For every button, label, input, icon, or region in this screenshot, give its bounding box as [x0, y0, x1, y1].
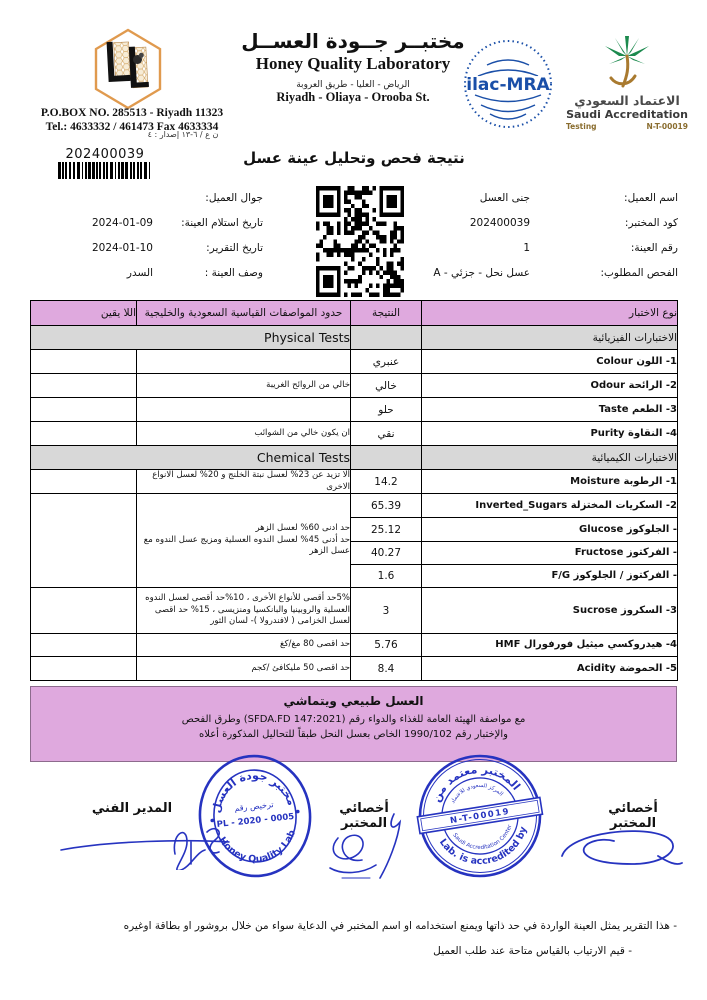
table-cell: 1- اللون Colour: [422, 350, 678, 374]
table-cell: [137, 350, 351, 374]
table-row: الاختبارات الفيزيائيةPhysical Tests: [31, 326, 678, 350]
table-cell: [31, 470, 137, 494]
svg-text:Honey Quality Lab: Honey Quality Lab: [216, 827, 301, 869]
table-cell: الاختبارات الكيميائية: [422, 446, 678, 470]
client-info-row: رقم العينة:1: [382, 235, 678, 260]
conclusion-line2: مع مواصفة الهيئة العامة للغذاء والدواء ر…: [31, 714, 676, 725]
table-cell: 1.6: [351, 565, 422, 588]
lab-title-block: مختبــر جــودة العســل Honey Quality Lab…: [226, 28, 480, 105]
table-cell: الاختبارات الفيزيائية: [422, 326, 678, 350]
table-cell: حدود المواصفات القياسية السعودية والخليج…: [137, 301, 351, 326]
table-row: 5- الحموضة Acidity8.4حد اقصى 50 مليكافئ …: [31, 657, 678, 681]
client-info-row: كود المختبر:202400039: [382, 210, 678, 235]
table-cell: حد اقصى 50 مليكافئ /كجم: [137, 657, 351, 681]
saudi-accreditation-english: Saudi Accreditation: [563, 108, 691, 121]
table-row: 4- هيدروكسي ميثيل فورفورال HMF5.76حد اقص…: [31, 634, 678, 657]
report-title: نتيجة فحص وتحليل عينة عسل: [204, 149, 504, 167]
table-row: 2- الرائحة Odourخاليخالي من الروائح الغر…: [31, 374, 678, 398]
qr-code-icon: [316, 186, 404, 297]
client-field-label: وصف العينة :: [163, 267, 263, 279]
saudi-accreditation-block: الاعتماد السعودي Saudi Accreditation Tes…: [563, 34, 691, 131]
saudi-accreditation-emblem-icon: [595, 34, 659, 92]
client-info-left: جوال العميل:تاريخ استلام العينة:2024-01-…: [85, 185, 263, 285]
footer-note: - قيم الارتياب بالقياس متاحة عند طلب الع…: [30, 939, 677, 964]
client-field-value: 2024-01-10: [85, 242, 163, 254]
client-field-label: رقم العينة:: [560, 242, 678, 254]
table-cell: 5%حد أقصى للأنواع الأخرى ، 10%حد أقصى لع…: [137, 588, 351, 634]
table-cell: 4- النقاوة Purity: [422, 422, 678, 446]
table-cell: خالي: [351, 374, 422, 398]
stamp1-center-line1: ترخيص رقم: [234, 800, 274, 813]
table-cell: 4- هيدروكسي ميثيل فورفورال HMF: [422, 634, 678, 657]
table-cell: [31, 398, 137, 422]
client-field-label: كود المختبر:: [560, 217, 678, 229]
table-cell: اللا يقين: [31, 301, 137, 326]
lab-specialist-signature-2: [548, 822, 686, 882]
table-cell: 2- السكريات المختزلة Inverted_Sugars: [422, 494, 678, 518]
lab-hexagon-logo-icon: [88, 27, 168, 111]
ilac-mra-label: ilac-MRA: [466, 75, 550, 95]
saudi-testing-label: Testing: [566, 122, 597, 131]
client-field-label: تاريخ التقرير:: [163, 242, 263, 254]
client-info-row: تاريخ التقرير:2024-01-10: [85, 235, 263, 260]
table-cell: 3: [351, 588, 422, 634]
table-cell: [31, 494, 137, 588]
table-cell: حلو: [351, 398, 422, 422]
table-cell: 3- الطعم Taste: [422, 398, 678, 422]
client-info-row: جوال العميل:: [85, 185, 263, 210]
barcode-icon: [58, 162, 152, 179]
table-cell: - الفركتوز Fructose: [422, 542, 678, 565]
honey-quality-lab-stamp: مختبر جودة العسل ترخيص رقم PL - 2020 - 0…: [191, 748, 319, 883]
client-info-right: اسم العميل:جنى العسلكود المختبر:20240003…: [382, 185, 678, 285]
table-row: نوع الاختبارالنتيجةحدود المواصفات القياس…: [31, 301, 678, 326]
client-field-label: تاريخ استلام العينة:: [163, 217, 263, 229]
table-cell: - الفركتوز / الجلوكوز F/G: [422, 565, 678, 588]
table-cell: 3- السكروز Sucrose: [422, 588, 678, 634]
footer-note: - هذا التقرير يمثل العينة الواردة في حد …: [30, 914, 677, 939]
table-cell: [31, 588, 137, 634]
issue-note: ن ع / ٦-١٣ إصدار : ٤: [98, 130, 268, 139]
table-cell: نقي: [351, 422, 422, 446]
table-cell: خالي من الروائح الغريبة: [137, 374, 351, 398]
table-cell: 40.27: [351, 542, 422, 565]
ilac-mra-logo-icon: ilac-MRA: [462, 38, 555, 131]
client-field-label: الفحص المطلوب:: [560, 267, 678, 279]
table-cell: - الجلوكوز Glucose: [422, 518, 678, 542]
table-row: 3- الطعم Tasteحلو: [31, 398, 678, 422]
table-row: 1- اللون Colourعنبري: [31, 350, 678, 374]
lab-name-arabic: مختبــر جــودة العســل: [226, 28, 480, 54]
barcode-number: 202400039: [55, 147, 155, 162]
saudi-accreditation-arabic: الاعتماد السعودي: [563, 94, 691, 108]
footer-notes: - هذا التقرير يمثل العينة الواردة في حد …: [30, 914, 677, 964]
conclusion-line1: العسل طبيعي ويتماشي: [31, 694, 676, 708]
client-field-value: 2024-01-09: [85, 217, 163, 229]
table-cell: [351, 446, 422, 470]
table-cell: 2- الرائحة Odour: [422, 374, 678, 398]
results-table: نوع الاختبارالنتيجةحدود المواصفات القياس…: [30, 300, 678, 681]
table-cell: [31, 634, 137, 657]
client-field-label: جوال العميل:: [163, 192, 263, 204]
client-info-row: تاريخ استلام العينة:2024-01-09: [85, 210, 263, 235]
saudi-accreditation-stamp: المختبر معتمد من المركز السعودي للاعتماد…: [407, 742, 554, 890]
lab-address-arabic: الرياض - العليا - طريق العروبة: [226, 80, 480, 90]
table-cell: [31, 422, 137, 446]
saudi-accreditation-meta: Testing N-T-00019: [563, 121, 691, 131]
conclusion-line3: والإختبار رقم 1990/102 الخاص بعسل النحل …: [31, 729, 676, 740]
table-cell: النتيجة: [351, 301, 422, 326]
table-cell: ان يكون خالي من الشوائب: [137, 422, 351, 446]
table-cell: ألا تزيد عن 23% لعسل نبتة الخلنج و 20% ل…: [137, 470, 351, 494]
table-cell: Physical Tests: [31, 326, 351, 350]
table-cell: [351, 326, 422, 350]
table-row: الاختبارات الكيميائيةChemical Tests: [31, 446, 678, 470]
client-info-row: اسم العميل:جنى العسل: [382, 185, 678, 210]
table-cell: حد ادنى 60% لعسل الزهر حد أدنى 45% لعسل …: [137, 494, 351, 588]
table-cell: [31, 350, 137, 374]
table-cell: عنبري: [351, 350, 422, 374]
pobox-line: P.O.BOX NO. 285513 - Riyadh 11323: [6, 106, 258, 120]
table-row: 2- السكريات المختزلة Inverted_Sugars65.3…: [31, 494, 678, 518]
table-cell: 25.12: [351, 518, 422, 542]
table-cell: 65.39: [351, 494, 422, 518]
table-cell: [31, 657, 137, 681]
stamp1-center-line2: PL - 2020 - 0005: [216, 812, 295, 830]
table-cell: 5.76: [351, 634, 422, 657]
table-cell: حد اقصى 80 مغ/كغ: [137, 634, 351, 657]
table-cell: [31, 374, 137, 398]
client-field-value: السدر: [85, 267, 163, 279]
stamp1-bottom-text: Honey Quality Lab: [216, 827, 301, 869]
table-cell: 5- الحموضة Acidity: [422, 657, 678, 681]
table-cell: [137, 398, 351, 422]
lab-name-english: Honey Quality Laboratory: [226, 54, 480, 74]
table-cell: 14.2: [351, 470, 422, 494]
client-info-row: الفحص المطلوب:عسل نحل - جزئي - A: [382, 260, 678, 285]
client-info-row: وصف العينة :السدر: [85, 260, 263, 285]
table-cell: Chemical Tests: [31, 446, 351, 470]
client-field-label: اسم العميل:: [560, 192, 678, 204]
table-cell: نوع الاختبار: [422, 301, 678, 326]
lab-specialist-signature-1: [312, 808, 417, 886]
lab-address-english: Riyadh - Oliaya - Orooba St.: [226, 90, 480, 105]
conclusion-box: العسل طبيعي ويتماشي مع مواصفة الهيئة الع…: [30, 686, 677, 762]
table-row: 3- السكروز Sucrose35%حد أقصى للأنواع الأ…: [31, 588, 678, 634]
table-cell: 1- الرطوبة Moisture: [422, 470, 678, 494]
table-row: 1- الرطوبة Moisture14.2ألا تزيد عن 23% ل…: [31, 470, 678, 494]
barcode-block: 202400039: [55, 147, 155, 183]
table-row: 4- النقاوة Purityنقيان يكون خالي من الشو…: [31, 422, 678, 446]
table-cell: 8.4: [351, 657, 422, 681]
saudi-cert-number: N-T-00019: [646, 122, 688, 131]
